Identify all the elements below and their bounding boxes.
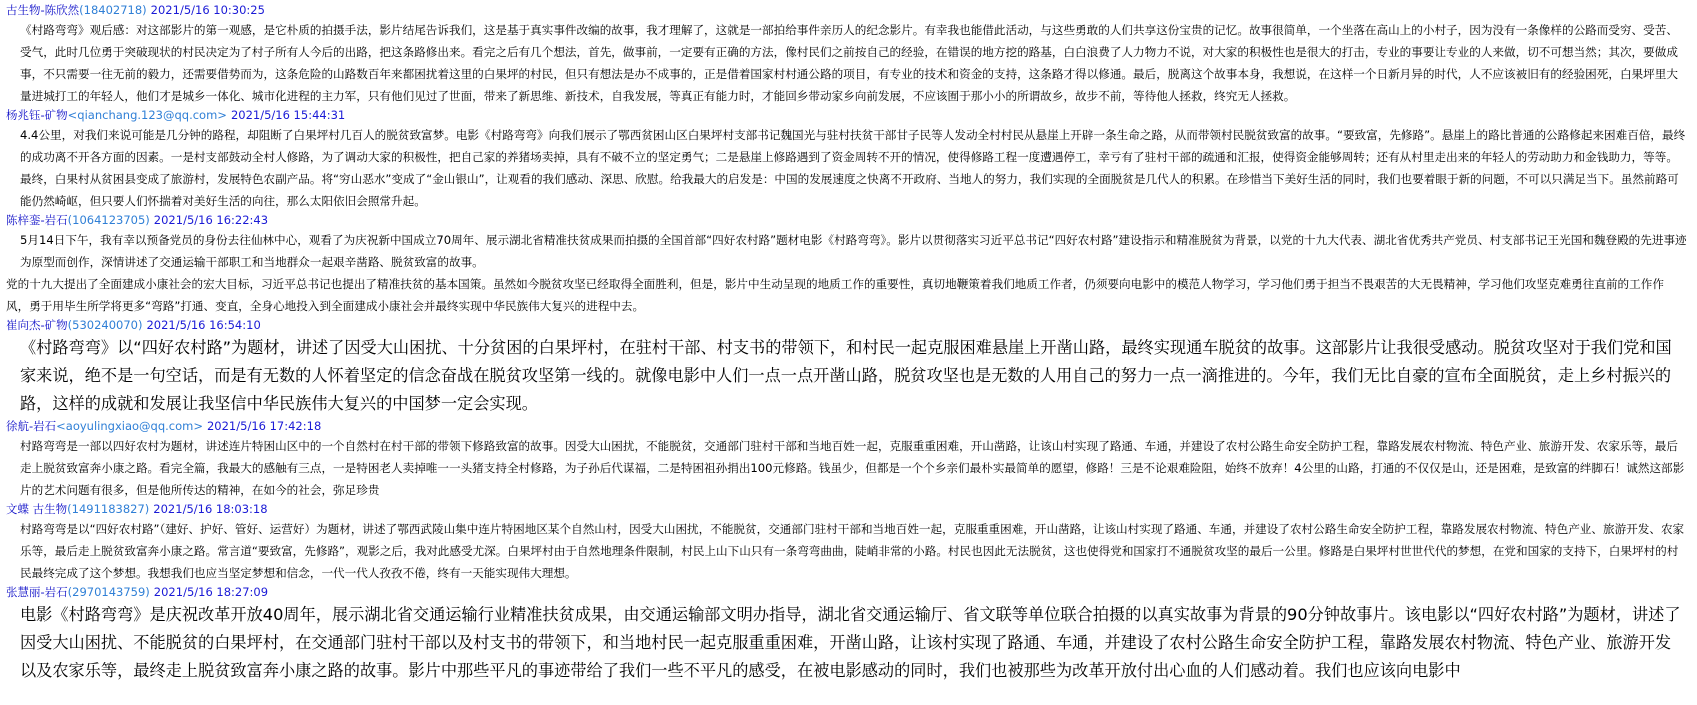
message-paragraph: 4.4公里，对我们来说可能是几分钟的路程，却阻断了白果坪村几百人的脱贫致富梦。电… <box>20 124 1687 212</box>
message-header: 陈梓銮-岩石(1064123705)2021/5/16 16:22:43 <box>6 212 1697 229</box>
message-timestamp: 2021/5/16 16:22:43 <box>154 213 268 227</box>
message-header: 张慧丽-岩石(2970143759)2021/5/16 18:27:09 <box>6 584 1697 601</box>
message-body: 《村路弯弯》以“四好农村路”为题材，讲述了因受大山困扰、十分贫困的白果坪村，在驻… <box>6 334 1697 418</box>
sender-name[interactable]: 文蝶 古生物 <box>6 502 67 516</box>
sender-contact[interactable]: (530240070) <box>68 318 143 332</box>
sender-contact[interactable]: (18402718) <box>79 3 147 17</box>
message-timestamp: 2021/5/16 16:54:10 <box>146 318 260 332</box>
message-body: 《村路弯弯》观后感：对这部影片的第一观感，是它朴质的拍摄手法，影片结尾告诉我们，… <box>6 19 1697 107</box>
message: 杨兆钰-矿物<qianchang.123@qq.com>2021/5/16 15… <box>6 107 1697 212</box>
message-body: 4.4公里，对我们来说可能是几分钟的路程，却阻断了白果坪村几百人的脱贫致富梦。电… <box>6 124 1697 212</box>
sender-name[interactable]: 徐航-岩石 <box>6 419 56 433</box>
message-paragraph: 5月14日下午，我有幸以预备党员的身份去往仙林中心，观看了为庆祝新中国成立70周… <box>20 229 1687 273</box>
message: 崔向杰-矿物(530240070)2021/5/16 16:54:10 《村路弯… <box>6 317 1697 418</box>
sender-contact[interactable]: <qianchang.123@qq.com> <box>68 108 227 122</box>
message-body: 电影《村路弯弯》是庆祝改革开放40周年，展示湖北省交通运输行业精准扶贫成果，由交… <box>6 601 1697 685</box>
message-timestamp: 2021/5/16 15:44:31 <box>231 108 345 122</box>
message: 徐航-岩石<aoyulingxiao@qq.com>2021/5/16 17:4… <box>6 418 1697 501</box>
message: 文蝶 古生物(1491183827)2021/5/16 18:03:18 村路弯… <box>6 501 1697 584</box>
message-paragraph: 村路弯弯是以“四好农村路”（建好、护好、管好、运营好）为题材，讲述了鄂西武陵山集… <box>20 518 1687 584</box>
message: 陈梓銮-岩石(1064123705)2021/5/16 16:22:43 5月1… <box>6 212 1697 317</box>
sender-name[interactable]: 张慧丽-岩石 <box>6 585 68 599</box>
message-paragraph: 《村路弯弯》以“四好农村路”为题材，讲述了因受大山困扰、十分贫困的白果坪村，在驻… <box>20 334 1687 418</box>
message-header: 杨兆钰-矿物<qianchang.123@qq.com>2021/5/16 15… <box>6 107 1697 124</box>
message-header: 古生物-陈欣然(18402718)2021/5/16 10:30:25 <box>6 2 1697 19</box>
message-paragraph: 电影《村路弯弯》是庆祝改革开放40周年，展示湖北省交通运输行业精准扶贫成果，由交… <box>20 601 1687 685</box>
message-paragraph: 党的十九大提出了全面建成小康社会的宏大目标，习近平总书记也提出了精准扶贫的基本国… <box>6 273 1687 317</box>
message-header: 崔向杰-矿物(530240070)2021/5/16 16:54:10 <box>6 317 1697 334</box>
message-body: 村路弯弯是一部以四好农村为题材，讲述连片特困山区中的一个自然村在村干部的带领下修… <box>6 435 1697 501</box>
message-timestamp: 2021/5/16 18:03:18 <box>153 502 267 516</box>
sender-contact[interactable]: <aoyulingxiao@qq.com> <box>56 419 203 433</box>
message-paragraph: 村路弯弯是一部以四好农村为题材，讲述连片特困山区中的一个自然村在村干部的带领下修… <box>20 435 1687 501</box>
sender-name[interactable]: 崔向杰-矿物 <box>6 318 68 332</box>
message-paragraph: 《村路弯弯》观后感：对这部影片的第一观感，是它朴质的拍摄手法，影片结尾告诉我们，… <box>20 19 1687 107</box>
sender-name[interactable]: 古生物-陈欣然 <box>6 3 79 17</box>
message-body: 5月14日下午，我有幸以预备党员的身份去往仙林中心，观看了为庆祝新中国成立70周… <box>6 229 1697 317</box>
message-header: 文蝶 古生物(1491183827)2021/5/16 18:03:18 <box>6 501 1697 518</box>
message-timestamp: 2021/5/16 18:27:09 <box>154 585 268 599</box>
sender-name[interactable]: 杨兆钰-矿物 <box>6 108 68 122</box>
message-list: 古生物-陈欣然(18402718)2021/5/16 10:30:25 《村路弯… <box>0 0 1697 685</box>
message-timestamp: 2021/5/16 17:42:18 <box>207 419 321 433</box>
sender-name[interactable]: 陈梓銮-岩石 <box>6 213 68 227</box>
message: 古生物-陈欣然(18402718)2021/5/16 10:30:25 《村路弯… <box>6 2 1697 107</box>
message: 张慧丽-岩石(2970143759)2021/5/16 18:27:09 电影《… <box>6 584 1697 685</box>
sender-contact[interactable]: (2970143759) <box>68 585 150 599</box>
sender-contact[interactable]: (1064123705) <box>68 213 150 227</box>
message-body: 村路弯弯是以“四好农村路”（建好、护好、管好、运营好）为题材，讲述了鄂西武陵山集… <box>6 518 1697 584</box>
sender-contact[interactable]: (1491183827) <box>67 502 149 516</box>
message-header: 徐航-岩石<aoyulingxiao@qq.com>2021/5/16 17:4… <box>6 418 1697 435</box>
message-timestamp: 2021/5/16 10:30:25 <box>151 3 265 17</box>
